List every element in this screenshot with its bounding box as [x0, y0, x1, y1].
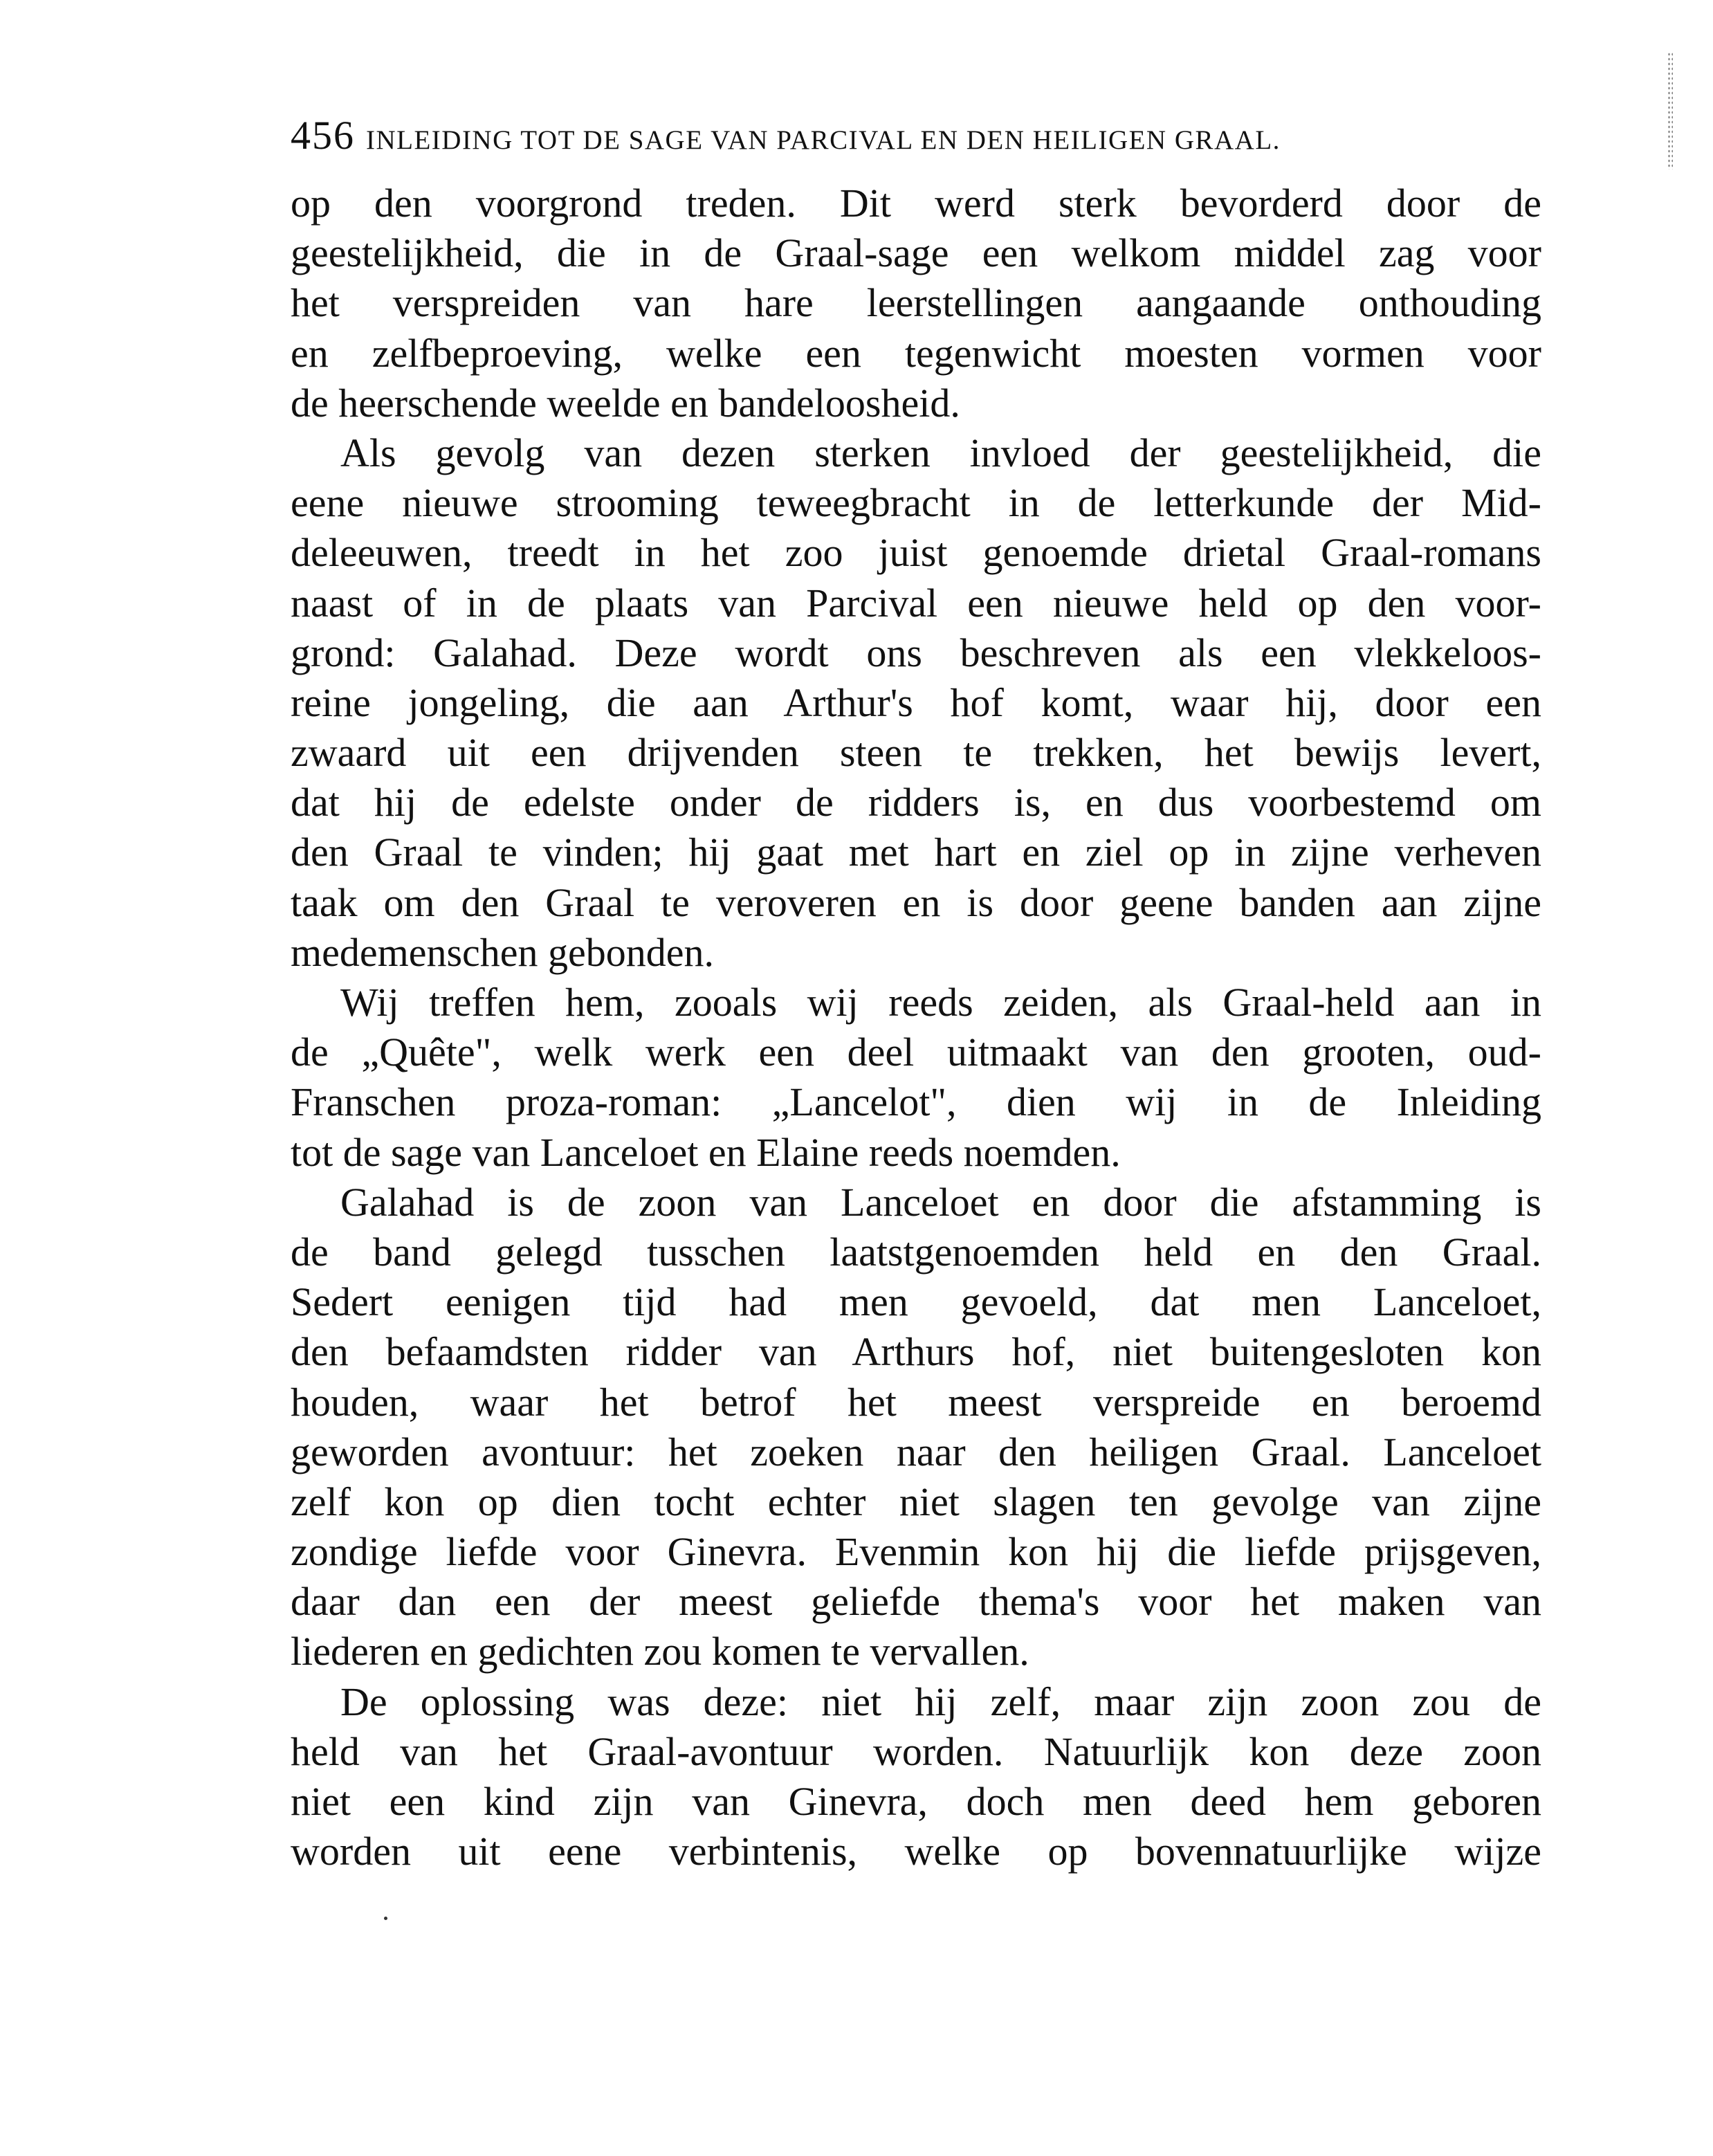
text-line: Franschen proza-roman: „Lancelot", dien …: [291, 1077, 1541, 1127]
running-header: 456INLEIDING TOT DE SAGE VAN PARCIVAL EN…: [291, 112, 1541, 158]
paragraph: op den voorgrond treden. Dit werd sterk …: [291, 179, 1541, 428]
paragraph: De oplossing was deze: niet hij zelf, ma…: [291, 1677, 1541, 1877]
text-line: worden uit eene verbintenis, welke op bo…: [291, 1827, 1541, 1876]
text-line: het verspreiden van hare leerstellingen …: [291, 278, 1541, 328]
paragraph: Galahad is de zoon van Lanceloet en door…: [291, 1178, 1541, 1677]
text-line: naast of in de plaats van Parcival een n…: [291, 578, 1541, 628]
text-line: held van het Graal-avontuur worden. Natu…: [291, 1727, 1541, 1777]
text-line: reine jongeling, die aan Arthur's hof ko…: [291, 678, 1541, 728]
text-line: en zelfbeproeving, welke een tegenwicht …: [291, 329, 1541, 378]
text-line: deleeuwen, treedt in het zoo juist genoe…: [291, 528, 1541, 578]
paragraph: Als gevolg van dezen sterken invloed der…: [291, 428, 1541, 978]
text-line: zelf kon op dien tocht echter niet slage…: [291, 1477, 1541, 1527]
text-line: geestelijkheid, die in de Graal-sage een…: [291, 228, 1541, 278]
text-line: niet een kind zijn van Ginevra, doch men…: [291, 1777, 1541, 1827]
text-line: den befaamdsten ridder van Arthurs hof, …: [291, 1327, 1541, 1377]
text-line: taak om den Graal te veroveren en is doo…: [291, 878, 1541, 928]
running-title: INLEIDING TOT DE SAGE VAN PARCIVAL EN DE…: [366, 125, 1281, 155]
text-line: eene nieuwe strooming teweegbracht in de…: [291, 478, 1541, 528]
paragraph: Wij treffen hem, zooals wij reeds zeiden…: [291, 978, 1541, 1178]
page-number: 456: [291, 113, 355, 158]
text-line: geworden avontuur: het zoeken naar den h…: [291, 1427, 1541, 1477]
text-line: tot de sage van Lanceloet en Elaine reed…: [291, 1128, 1541, 1178]
scan-speck: [384, 1917, 387, 1920]
text-line: Als gevolg van dezen sterken invloed der…: [291, 428, 1541, 478]
scan-edge-noise: [1667, 52, 1673, 170]
text-line: de band gelegd tusschen laatstgenoemden …: [291, 1227, 1541, 1277]
text-line: grond: Galahad. Deze wordt ons beschreve…: [291, 628, 1541, 678]
text-line: zwaard uit een drijvenden steen te trekk…: [291, 728, 1541, 778]
text-line: Galahad is de zoon van Lanceloet en door…: [291, 1178, 1541, 1227]
text-line: liederen en gedichten zou komen te verva…: [291, 1627, 1541, 1677]
text-line: daar dan een der meest geliefde thema's …: [291, 1577, 1541, 1627]
text-line: zondige liefde voor Ginevra. Evenmin kon…: [291, 1527, 1541, 1577]
text-line: De oplossing was deze: niet hij zelf, ma…: [291, 1677, 1541, 1727]
text-line: de heerschende weelde en bandeloosheid.: [291, 378, 1541, 428]
text-line: de „Quête", welk werk een deel uitmaakt …: [291, 1027, 1541, 1077]
text-line: op den voorgrond treden. Dit werd sterk …: [291, 179, 1541, 228]
text-line: den Graal te vinden; hij gaat met hart e…: [291, 828, 1541, 877]
text-line: Sedert eenigen tijd had men gevoeld, dat…: [291, 1277, 1541, 1327]
text-line: dat hij de edelste onder de ridders is, …: [291, 778, 1541, 828]
text-line: medemenschen gebonden.: [291, 928, 1541, 978]
text-line: houden, waar het betrof het meest verspr…: [291, 1378, 1541, 1427]
book-page: 456INLEIDING TOT DE SAGE VAN PARCIVAL EN…: [0, 0, 1713, 2156]
text-line: Wij treffen hem, zooals wij reeds zeiden…: [291, 978, 1541, 1027]
body-text: op den voorgrond treden. Dit werd sterk …: [291, 179, 1541, 1876]
